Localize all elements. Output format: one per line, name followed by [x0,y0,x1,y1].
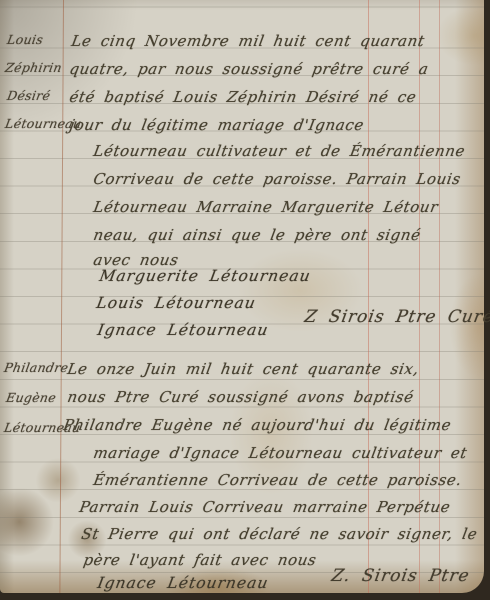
register-line: Corriveau de cette paroisse. Parrain Lou… [92,170,462,188]
register-line: neau, qui ainsi que le père ont signé [92,226,422,244]
paper-sheet: Louis Zéphirin Désiré Létourneau Le cinq… [0,0,484,593]
priest-signature: Z. Sirois Ptre [330,566,471,586]
register-line: Parrain Louis Corriveau marraine Perpétu… [78,498,452,516]
register-line: Émérantienne Corriveau de cette paroisse… [92,471,463,489]
signature: Louis Létourneau [95,294,257,312]
register-line: Philandre Eugène né aujourd'hui du légit… [62,416,453,434]
register-line: mariage d'Ignace Létourneau cultivateur … [92,444,469,462]
priest-signature: Z Sirois Ptre Curé [303,307,490,327]
margin-name: Désiré [6,88,52,103]
register-line: nous Ptre Curé soussigné avons baptisé [66,388,415,406]
signature: Marguerite Létourneau [98,267,312,285]
register-line: été baptisé Louis Zéphirin Désiré né ce [68,88,418,106]
margin-name: Zéphirin [4,60,63,75]
register-line: père l'ayant fait avec nous [82,551,318,569]
margin-name: Louis [6,32,44,47]
register-line: Le onze Juin mil huit cent quarante six, [66,360,421,378]
signature: Ignace Létourneau [96,321,270,339]
register-line: Le cinq Novembre mil huit cent quarant [70,32,426,50]
register-line: quatre, par nous soussigné prêtre curé a [68,60,430,78]
register-line: Létourneau cultivateur et de Émérantienn… [92,142,467,160]
register-scan: Louis Zéphirin Désiré Létourneau Le cinq… [0,0,490,600]
register-line: Létourneau Marraine Marguerite Létour [92,198,440,216]
register-line: jour du légitime mariage d'Ignace [68,116,366,134]
register-line: St Pierre qui ont déclaré ne savoir sign… [80,525,479,543]
margin-rule-left [59,0,64,593]
margin-name: Eugène [5,390,57,405]
margin-name: Philandre [3,360,70,375]
signature: Ignace Létourneau [96,574,270,592]
